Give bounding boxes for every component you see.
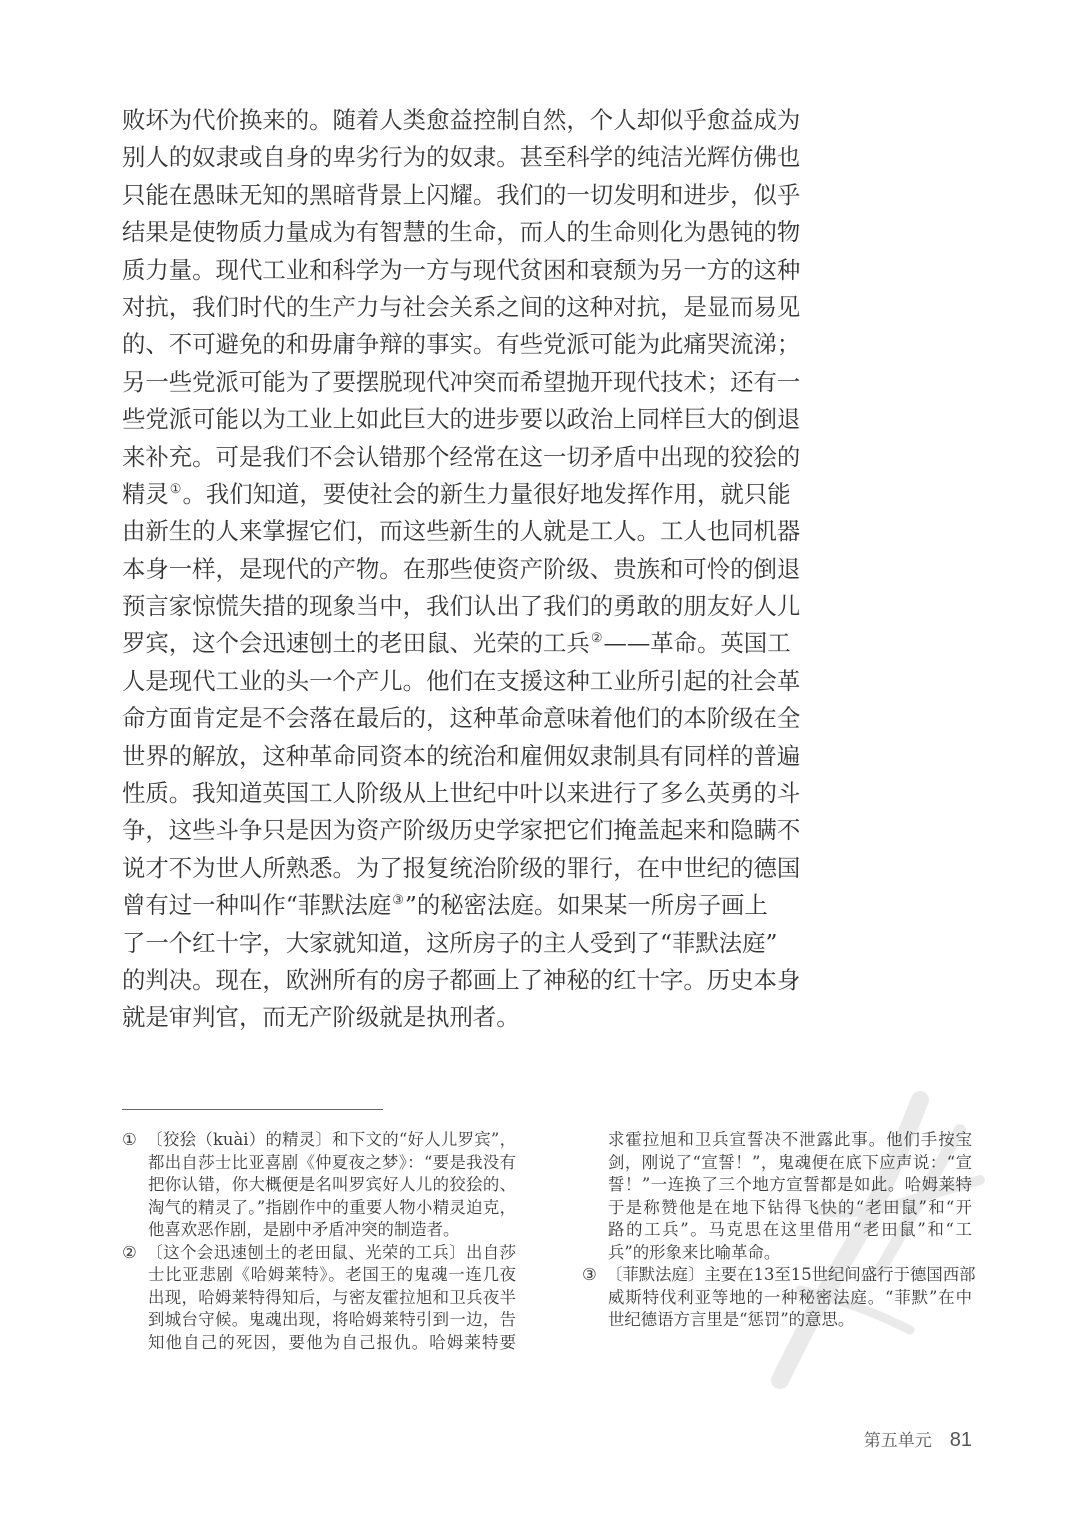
text-line: 由新生的人来掌握它们，而这些新生的人就是工人。工人也同机器 xyxy=(122,513,754,550)
footnote-1: ①〔狡狯（kuài）的精灵〕和下文的“好人儿罗宾”， xyxy=(122,1129,516,1152)
footnotes-left-column: ①〔狡狯（kuài）的精灵〕和下文的“好人儿罗宾”， 都出自莎士比亚喜剧《仲夏夜… xyxy=(122,1129,516,1354)
text-line: 质力量。现代工业和科学为一方与现代贫困和衰颓为另一方的这种 xyxy=(122,252,754,289)
footnote-line: 求霍拉旭和卫兵宣誓决不泄露此事。他们手按宝 xyxy=(582,1129,972,1152)
footnote-line: 知他自己的死因，要他为自己报仇。哈姆莱特要 xyxy=(122,1332,516,1355)
footnote-line: 出现，哈姆莱特得知后，与密友霍拉旭和卫兵夜半 xyxy=(122,1287,516,1310)
text-segment: 精灵 xyxy=(122,480,169,508)
unit-label: 第五单元 xyxy=(864,1431,932,1451)
footnote-text: 〔狡狯（kuài）的精灵〕和下文的“好人儿罗宾”， xyxy=(146,1130,516,1149)
text-line: 了一个红十字，大家就知道，这所房子的主人受到了“菲默法庭” xyxy=(122,925,754,962)
footnote-line: 淘气的精灵了。”指剧作中的重要人物小精灵迫克， xyxy=(122,1197,516,1220)
text-line: 本身一样，是现代的产物。在那些使资产阶级、贵族和可怜的倒退 xyxy=(122,551,754,588)
text-line: 说才不为世人所熟悉。为了报复统治阶级的罪行，在中世纪的德国 xyxy=(122,850,754,887)
footnote-ref-3[interactable]: ③ xyxy=(392,893,404,908)
footnote-line: 他喜欢恶作剧，是剧中矛盾冲突的制造者。 xyxy=(122,1219,516,1242)
text-segment: 。我们知道，要使社会的新生力量很好地发挥作用，就只能 xyxy=(182,480,790,508)
footnote-line: 威斯特伐利亚等地的一种秘密法庭。“菲默”在中 xyxy=(582,1287,972,1310)
text-line: 的、不可避免的和毋庸争辩的事实。有些党派可能为此痛哭流涕； xyxy=(122,326,754,363)
text-line: 争，这些斗争只是因为资产阶级历史学家把它们掩盖起来和隐瞒不 xyxy=(122,812,754,849)
text-line: 就是审判官，而无产阶级就是执刑者。 xyxy=(122,999,754,1036)
footnote-line: 于是称赞他是在地下钻得飞快的“老田鼠”和“开 xyxy=(582,1197,972,1220)
footnote-line: 到城台守候。鬼魂出现，将哈姆莱特引到一边，告 xyxy=(122,1309,516,1332)
page-footer: 第五单元81 xyxy=(864,1426,972,1452)
footnote-marker: ② xyxy=(122,1242,146,1265)
text-line: 只能在愚昧无知的黑暗背景上闪耀。我们的一切发明和进步，似乎 xyxy=(122,177,754,214)
footnote-line: 把你认错，你大概便是名叫罗宾好人儿的狡狯的、 xyxy=(122,1174,516,1197)
text-line: 罗宾，这个会迅速刨土的老田鼠、光荣的工兵②——革命。英国工 xyxy=(122,625,754,662)
text-line: 人是现代工业的头一个产儿。他们在支援这种工业所引起的社会革 xyxy=(122,663,754,700)
text-line: 另一些党派可能为了要摆脱现代冲突而希望抛开现代技术；还有一 xyxy=(122,364,754,401)
footnotes-right-column: 求霍拉旭和卫兵宣誓决不泄露此事。他们手按宝 剑，刚说了“宣誓！”，鬼魂便在底下应… xyxy=(582,1129,972,1332)
text-line: 世界的解放，这种革命同资本的统治和雇佣奴隶制具有同样的普遍 xyxy=(122,738,754,775)
text-segment: ”的秘密法庭。如果某一所房子画上 xyxy=(405,891,768,919)
footnote-3: ③〔菲默法庭〕主要在13至15世纪间盛行于德国西部 xyxy=(582,1264,972,1287)
footnote-ref-1[interactable]: ① xyxy=(170,482,182,497)
text-segment: 曾有过一种叫作“菲默法庭 xyxy=(122,891,391,919)
text-line: 精灵①。我们知道，要使社会的新生力量很好地发挥作用，就只能 xyxy=(122,476,754,513)
text-line: 败坏为代价换来的。随着人类愈益控制自然，个人却似乎愈益成为 xyxy=(122,102,754,139)
footnote-marker: ③ xyxy=(582,1264,606,1287)
footnote-ref-2[interactable]: ② xyxy=(591,631,603,646)
footnote-line: 剑，刚说了“宣誓！”，鬼魂便在底下应声说：“宣 xyxy=(582,1152,972,1175)
text-line: 预言家惊慌失措的现象当中，我们认出了我们的勇敢的朋友好人儿 xyxy=(122,588,754,625)
footnote-line: 誓！”一连换了三个地方宣誓都是如此。哈姆莱特 xyxy=(582,1174,972,1197)
text-line: 对抗，我们时代的生产力与社会关系之间的这种对抗，是显而易见 xyxy=(122,289,754,326)
footnote-line: 路的工兵”。马克思在这里借用“老田鼠”和“工 xyxy=(582,1219,972,1242)
text-line: 曾有过一种叫作“菲默法庭③”的秘密法庭。如果某一所房子画上 xyxy=(122,887,754,924)
text-line: 结果是使物质力量成为有智慧的生命，而人的生命则化为愚钝的物 xyxy=(122,214,754,251)
text-segment: ——革命。英国工 xyxy=(603,629,790,657)
footnote-line: 世纪德语方言里是“惩罚”的意思。 xyxy=(582,1309,972,1332)
text-line: 的判决。现在，欧洲所有的房子都画上了神秘的红十字。历史本身 xyxy=(122,962,754,999)
main-text-body: 败坏为代价换来的。随着人类愈益控制自然，个人却似乎愈益成为 别人的奴隶或自身的卑… xyxy=(122,102,754,1037)
footnote-text: 〔这个会迅速刨土的老田鼠、光荣的工兵〕出自莎 xyxy=(146,1243,516,1262)
text-line: 些党派可能以为工业上如此巨大的进步要以政治上同样巨大的倒退 xyxy=(122,401,754,438)
text-line: 别人的奴隶或自身的卑劣行为的奴隶。甚至科学的纯洁光辉仿佛也 xyxy=(122,139,754,176)
text-line: 性质。我知道英国工人阶级从上世纪中叶以来进行了多么英勇的斗 xyxy=(122,775,754,812)
footnote-text: 〔菲默法庭〕主要在13至15世纪间盛行于德国西部 xyxy=(606,1265,976,1284)
footnote-line: 兵”的形象来比喻革命。 xyxy=(582,1242,972,1265)
footnote-marker: ① xyxy=(122,1129,146,1152)
page-number: 81 xyxy=(950,1429,972,1451)
footnote-line: 都出自莎士比亚喜剧《仲夏夜之梦》：“要是我没有 xyxy=(122,1152,516,1175)
text-line: 来补充。可是我们不会认错那个经常在这一切矛盾中出现的狡狯的 xyxy=(122,439,754,476)
text-line: 命方面肯定是不会落在最后的，这种革命意味着他们的本阶级在全 xyxy=(122,700,754,737)
footnote-2: ②〔这个会迅速刨土的老田鼠、光荣的工兵〕出自莎 xyxy=(122,1242,516,1265)
text-segment: 罗宾，这个会迅速刨土的老田鼠、光荣的工兵 xyxy=(122,629,590,657)
footnote-line: 士比亚悲剧《哈姆莱特》。老国王的鬼魂一连几夜 xyxy=(122,1264,516,1287)
footnote-separator xyxy=(122,1109,383,1110)
